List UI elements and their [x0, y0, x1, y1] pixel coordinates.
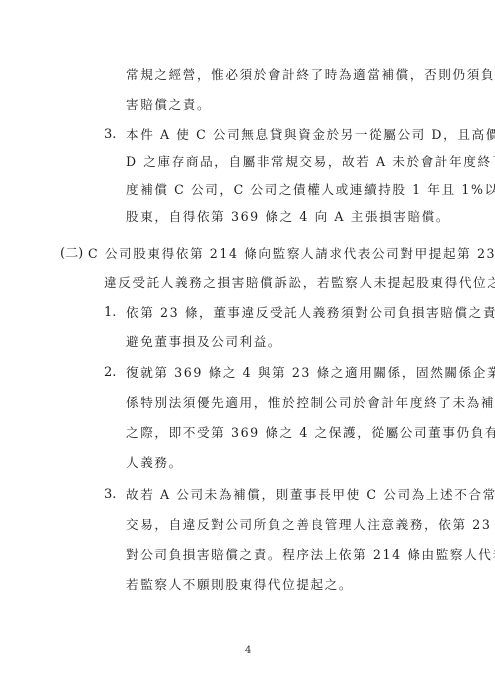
list-item-line: 度補償 C 公司，C 公司之債權人或連續持股 1 年且 1%以上之小	[126, 181, 495, 199]
list-item-line: 係特別法須優先適用，惟於控制公司於會計年度終了未為補償	[126, 394, 495, 412]
document-page: 常規之經營，惟必須於會計終了時為適當補償，否則仍須負損 害賠償之責。 3. 本件…	[0, 0, 495, 700]
list-marker: 2.	[104, 364, 116, 382]
list-item-line: 故若 A 公司未為補償，則董事長甲使 C 公司為上述不合常規之	[126, 486, 495, 504]
section-heading-line: C 公司股東得依第 214 條向監察人請求代表公司對甲提起第 23 條	[88, 245, 495, 263]
list-item-line: 避免董事損及公司利益。	[126, 333, 282, 351]
section-heading-line: 違反受託人義務之損害賠償訴訟，若監察人未提起股東得代位之。	[104, 274, 495, 292]
list-item-line: 依第 23 條，董事違反受託人義務須對公司負損害賠償之責，	[126, 304, 495, 322]
section-marker: (二)	[60, 245, 83, 263]
paragraph-line: 常規之經營，惟必須於會計終了時為適當補償，否則仍須負損	[126, 66, 495, 84]
list-item-line: 人義務。	[126, 454, 183, 472]
list-item-line: D 之庫存商品，自屬非常規交易，故若 A 未於會計年度終了適	[126, 153, 495, 171]
list-marker: 3.	[104, 486, 116, 504]
list-marker: 3.	[104, 126, 116, 144]
page-number: 4	[245, 645, 251, 656]
list-item-line: 若監察人不願則股東得代位提起之。	[126, 576, 353, 594]
list-item-line: 股東，自得依第 369 條之 4 向 A 主張損害賠償。	[126, 208, 450, 226]
list-item-line: 交易，自違反對公司所負之善良管理人注意義務，依第 23 條	[126, 516, 495, 534]
list-item-line: 本件 A 使 C 公司無息貸與資金於另一從屬公司 D，且高價購買	[126, 126, 495, 144]
list-marker: 1.	[104, 304, 116, 322]
list-item-line: 復就第 369 條之 4 與第 23 條之適用關係，固然關係企業專章	[126, 364, 495, 382]
list-item-line: 之際，即不受第 369 條之 4 之保護，從屬公司董事仍負有受託	[126, 424, 495, 442]
list-item-line: 對公司負損害賠償之責。程序法上依第 214 條由監察人代表，	[126, 546, 495, 564]
paragraph-line: 害賠償之責。	[126, 96, 211, 114]
